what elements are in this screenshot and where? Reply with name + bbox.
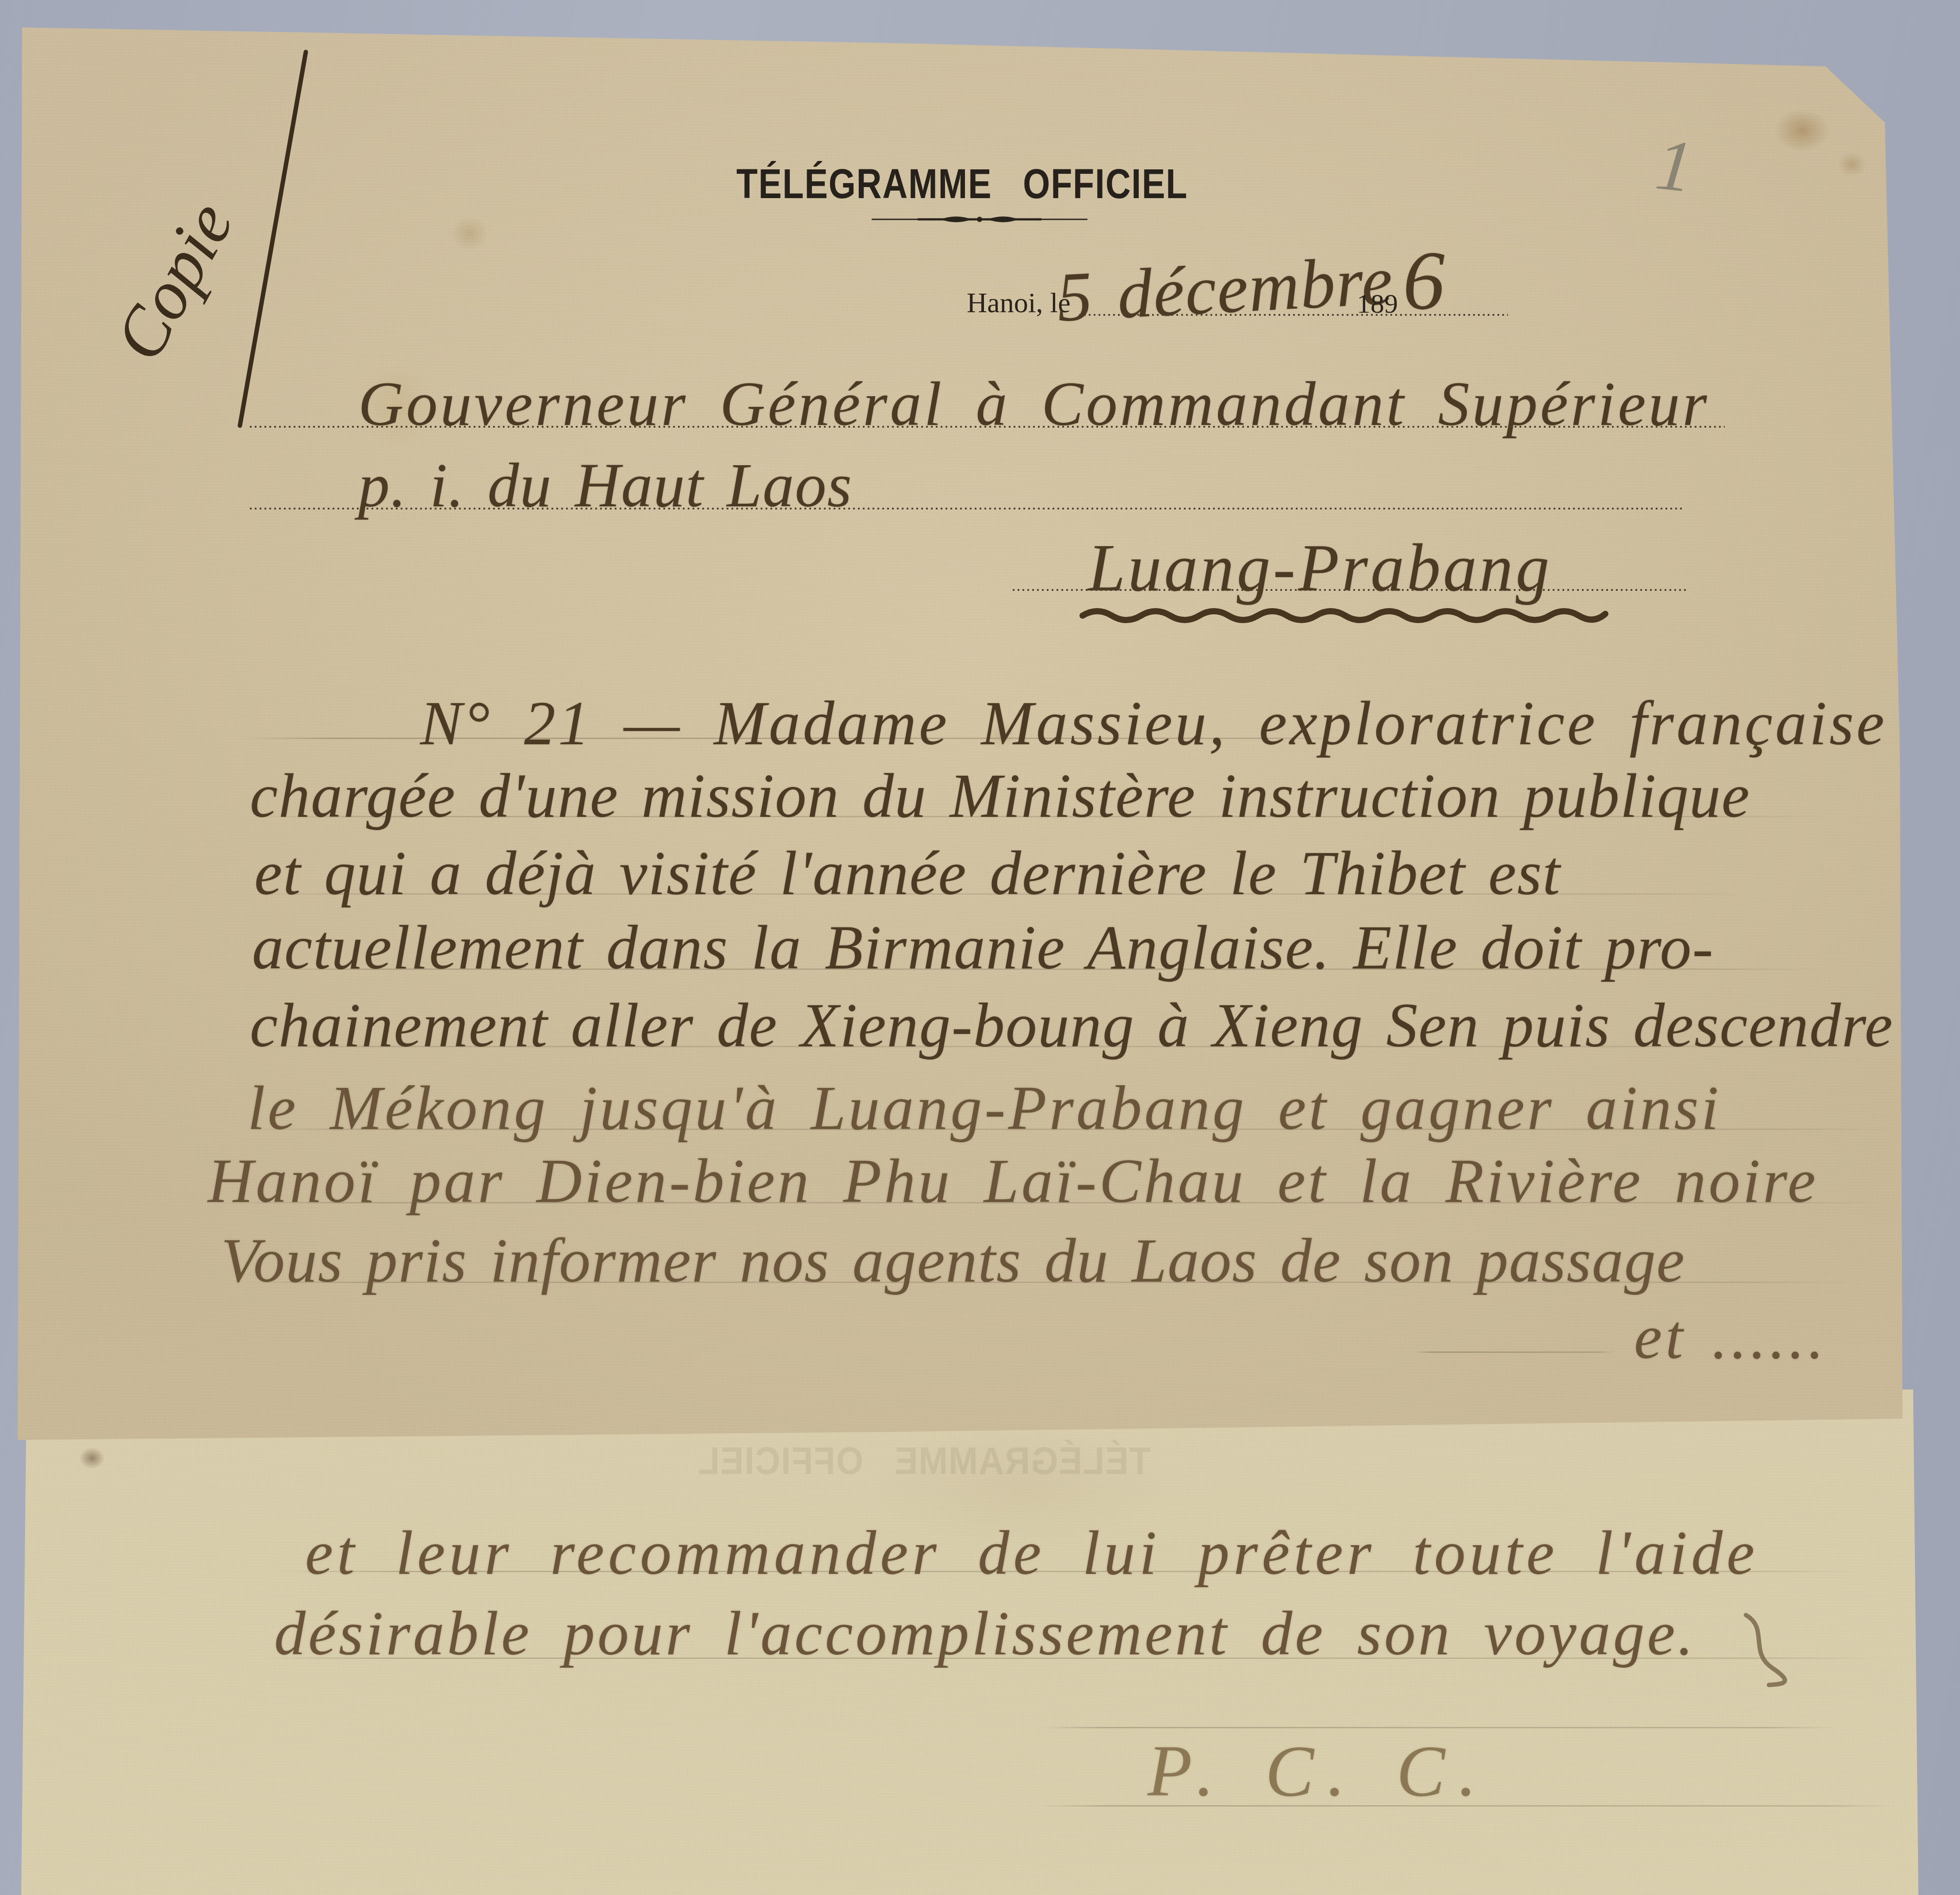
body-line: Vous pris informer nos agents du Laos de… bbox=[221, 1229, 1685, 1292]
guide-rule bbox=[1039, 1727, 1835, 1728]
dateline-printed-year: 189 bbox=[1357, 288, 1398, 320]
paraph-flourish bbox=[1738, 1610, 1795, 1689]
address-destination: Luang-Prabang bbox=[1088, 534, 1552, 601]
header-divider-ornament bbox=[869, 211, 1090, 228]
certification-initials: P. C. C. bbox=[1148, 1734, 1490, 1807]
body-line: N° 21 — Madame Massieu, exploratrice fra… bbox=[420, 692, 1887, 754]
continuation-dash-rule bbox=[1415, 1351, 1614, 1353]
form-title: TÉLÉGRAMME OFFICIEL bbox=[736, 160, 1188, 208]
dateline-handwritten-date: 5 décembre bbox=[1055, 245, 1395, 333]
second-sheet-line: désirable pour l'accomplissement de son … bbox=[274, 1602, 1696, 1665]
destination-wavy-underline bbox=[1079, 605, 1610, 625]
body-line: chargée d'une mission du Ministère instr… bbox=[250, 764, 1750, 827]
page-number-annotation: 1 bbox=[1653, 127, 1697, 204]
body-line: le Mékong jusqu'à Luang-Prabang et gagne… bbox=[248, 1076, 1721, 1139]
body-line: chainement aller de Xieng-boung à Xieng … bbox=[250, 994, 1894, 1057]
body-line: actuellement dans la Birmanie Anglaise. … bbox=[252, 916, 1714, 979]
dateline-handwritten-year-digit: 6 bbox=[1403, 239, 1446, 323]
telegram-scan: 1 TÉLÉGRAMME OFFICIEL Copie Hanoi, le 5 … bbox=[0, 0, 1960, 1895]
body-line: Hanoï par Dien-bien Phu Laï-Chau et la R… bbox=[208, 1149, 1818, 1212]
address-line-sender-recipient: Gouverneur Général à Commandant Supérieu… bbox=[358, 372, 1710, 435]
bleed-through-title: TÉLÉGRAMME OFFICIEL bbox=[697, 1438, 1151, 1483]
address-line-service: p. i. du Haut Laos bbox=[358, 454, 853, 517]
body-line: et qui a déjà visité l'année dernière le… bbox=[254, 842, 1561, 904]
dateline-printed-prefix: Hanoi, le bbox=[967, 287, 1071, 319]
second-sheet-line: et leur recommander de lui prêter toute … bbox=[305, 1521, 1758, 1584]
continuation-mark: et ...... bbox=[1634, 1305, 1827, 1368]
